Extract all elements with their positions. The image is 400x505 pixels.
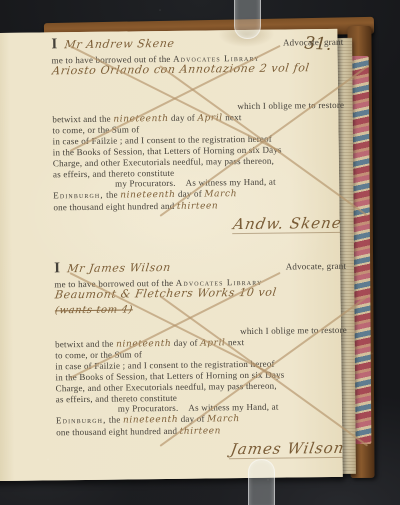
form2-advocate-grant: Advocate, grant [286, 261, 347, 273]
form2-signed-day: nineteenth [123, 415, 178, 426]
borrowing-form-wilson: I Mr James Wilson Advocate, grant me to … [54, 260, 348, 462]
acrylic-page-weight-bottom [248, 459, 275, 505]
form1-signed-year: thirteen [177, 201, 219, 212]
form2-borrower-name: Mr James Wilson [67, 263, 172, 275]
form1-signed-month: March [204, 189, 237, 199]
form2-signature: James Wilson [55, 439, 350, 463]
form1-signed-day: nineteenth [120, 190, 175, 201]
acrylic-page-weight-top [234, 0, 261, 39]
form1-signature: Andw. Skene [52, 214, 347, 238]
form1-year-line: one thousand eight hundred and thirteen [53, 199, 345, 214]
form2-i-initial: I [54, 263, 60, 274]
form2-signed-month: March [207, 414, 240, 424]
form1-book-title: Ariosto Orlando con Annotazione 2 vol fo… [51, 63, 345, 83]
form1-advocate-grant: Advocate, grant [283, 37, 344, 49]
photograph-of-borrowing-register: 31. I Mr Andrew Skene Advocate, grant me… [0, 0, 400, 505]
form1-i-initial: I [51, 39, 57, 50]
form2-year-line: one thousand eight hundred and thirteen [56, 424, 348, 439]
